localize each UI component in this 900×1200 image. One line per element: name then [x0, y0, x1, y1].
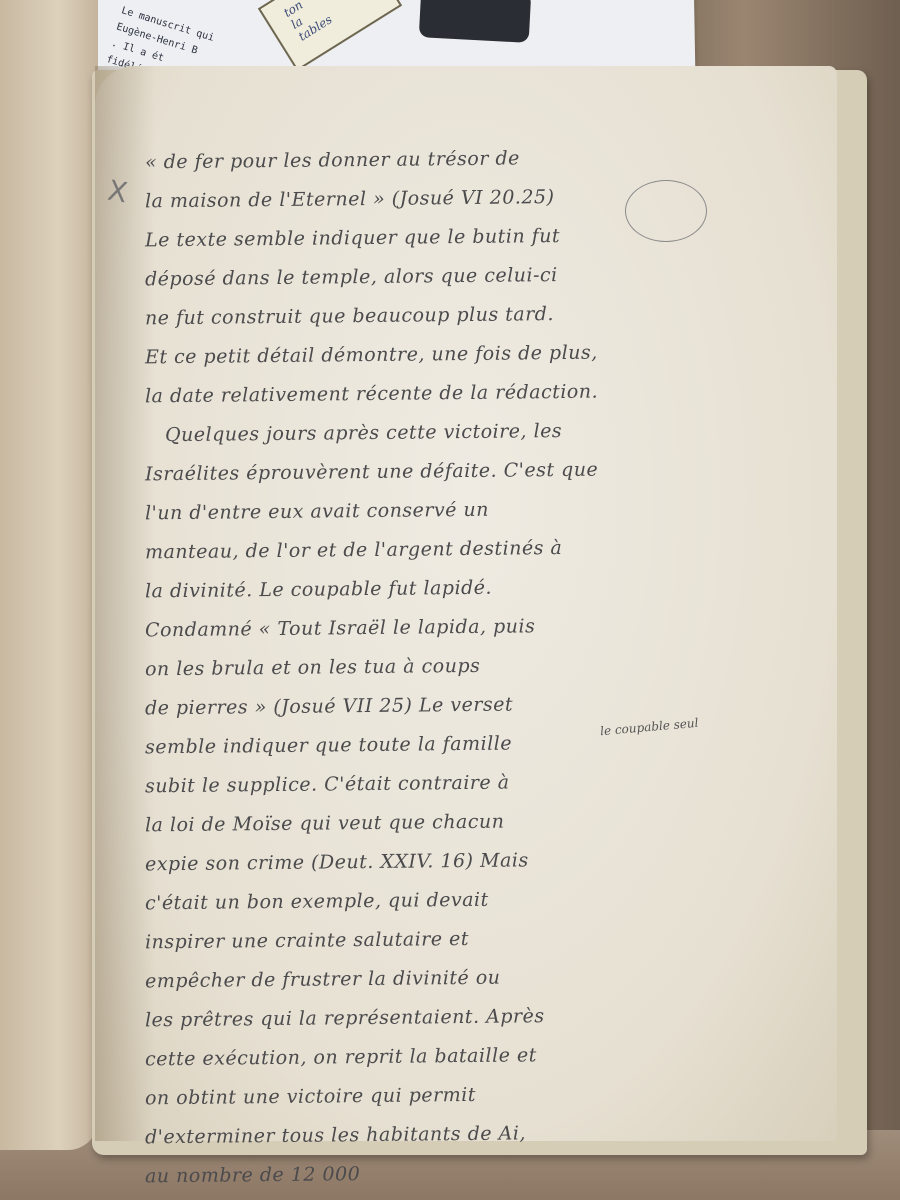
handwritten-text: « de fer pour les donner au trésor de la…: [145, 140, 785, 1193]
text-line: c'était un bon exemple, qui devait: [145, 878, 785, 924]
dark-tab: [419, 0, 531, 43]
text-line: d'exterminer tous les habitants de Ai,: [145, 1112, 785, 1158]
text-line: cette exécution, on reprit la bataille e…: [145, 1034, 785, 1080]
text-line: expie son crime (Deut. XXIV. 16) Mais: [145, 839, 785, 885]
text-line: subit le supplice. C'était contraire à: [145, 761, 785, 807]
note-card-text: ton la tables: [281, 0, 334, 44]
text-line: les prêtres qui la représentaient. Après: [145, 995, 785, 1041]
text-line: manteau, de l'or et de l'argent destinés…: [145, 527, 785, 573]
left-page: [0, 0, 98, 1150]
text-line: la divinité. Le coupable fut lapidé.: [145, 566, 785, 612]
text-line: on les brula et on les tua à coups: [145, 644, 785, 690]
text-line: Condamné « Tout Israël le lapida, puis: [145, 605, 785, 651]
text-line: la date relativement récente de la rédac…: [145, 371, 785, 417]
text-line: inspirer une crainte salutaire et: [145, 917, 785, 963]
text-line: Le texte semble indiquer que le butin fu…: [145, 215, 785, 261]
text-line: on obtint une victoire qui permit: [145, 1073, 785, 1119]
text-line: l'un d'entre eux avait conservé un: [145, 488, 785, 534]
text-line: la maison de l'Eternel » (Josué VI 20.25…: [145, 176, 785, 222]
text-line: Et ce petit détail démontre, une fois de…: [145, 332, 785, 378]
text-line: Israélites éprouvèrent une défaite. C'es…: [145, 449, 785, 495]
text-line: Quelques jours après cette victoire, les: [145, 410, 785, 456]
text-line: « de fer pour les donner au trésor de: [145, 137, 785, 183]
text-line: au nombre de 12 000: [145, 1151, 785, 1197]
text-line: ne fut construit que beaucoup plus tard.: [145, 293, 785, 339]
text-line: déposé dans le temple, alors que celui-c…: [145, 254, 785, 300]
text-line: empêcher de frustrer la divinité ou: [145, 956, 785, 1002]
text-line: la loi de Moïse qui veut que chacun: [145, 800, 785, 846]
